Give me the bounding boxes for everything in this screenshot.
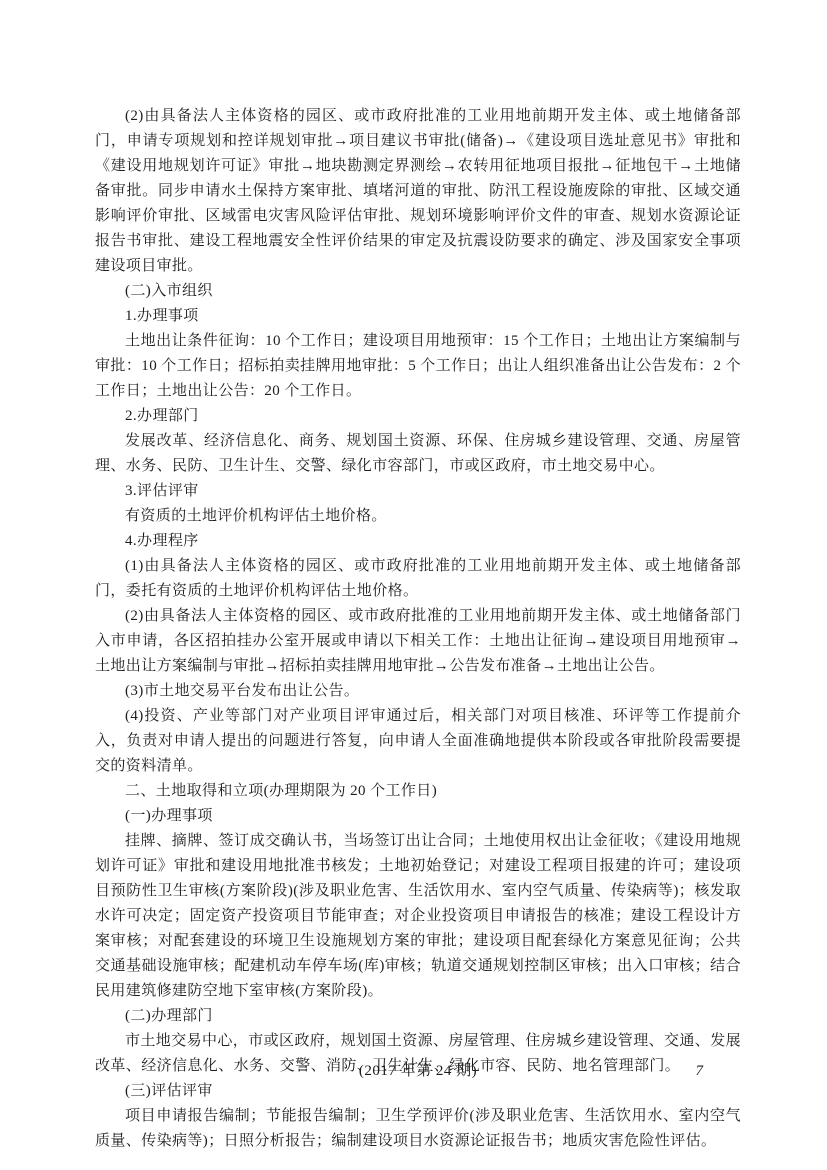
paragraph: 2.办理部门: [95, 404, 741, 429]
document-content: (2)由具备法人主体资格的园区、或市政府批准的工业用地前期开发主体、或土地储备部…: [95, 104, 741, 1154]
paragraph: (4)投资、产业等部门对产业项目评审通过后，相关部门对项目核准、环评等工作提前介…: [95, 704, 741, 779]
paragraph: (一)办理事项: [95, 804, 741, 829]
issue-label: (2017 年第 24 期): [95, 1058, 741, 1084]
paragraph: 发展改革、经济信息化、商务、规划国土资源、环保、住房城乡建设管理、交通、房屋管理…: [95, 429, 741, 479]
paragraph: (二)办理部门: [95, 1004, 741, 1029]
paragraph: 4.办理程序: [95, 529, 741, 554]
paragraph: 二、土地取得和立项(办理期限为 20 个工作日): [95, 779, 741, 804]
paragraph: 项目申请报告编制；节能报告编制；卫生学预评价(涉及职业危害、生活饮用水、室内空气…: [95, 1104, 741, 1154]
paragraph: (3)市土地交易平台发布出让公告。: [95, 679, 741, 704]
document-page: (2)由具备法人主体资格的园区、或市政府批准的工业用地前期开发主体、或土地储备部…: [0, 0, 827, 1170]
paragraph: (1)由具备法人主体资格的园区、或市政府批准的工业用地前期开发主体、或土地储备部…: [95, 554, 741, 604]
page-number: 7: [696, 1058, 704, 1084]
paragraph: 1.办理事项: [95, 304, 741, 329]
paragraph: (2)由具备法人主体资格的园区、或市政府批准的工业用地前期开发主体、或土地储备部…: [95, 604, 741, 679]
paragraph: (2)由具备法人主体资格的园区、或市政府批准的工业用地前期开发主体、或土地储备部…: [95, 104, 741, 279]
page-footer: (2017 年第 24 期) 7: [95, 1058, 741, 1084]
paragraph: 3.评估评审: [95, 479, 741, 504]
paragraph: 有资质的土地评价机构评估土地价格。: [95, 504, 741, 529]
paragraph: 土地出让条件征询：10 个工作日；建设项目用地预审：15 个工作日；土地出让方案…: [95, 329, 741, 404]
paragraph: 挂牌、摘牌、签订成交确认书，当场签订出让合同；土地使用权出让金征收；《建设用地规…: [95, 829, 741, 1004]
paragraph: (二)入市组织: [95, 279, 741, 304]
